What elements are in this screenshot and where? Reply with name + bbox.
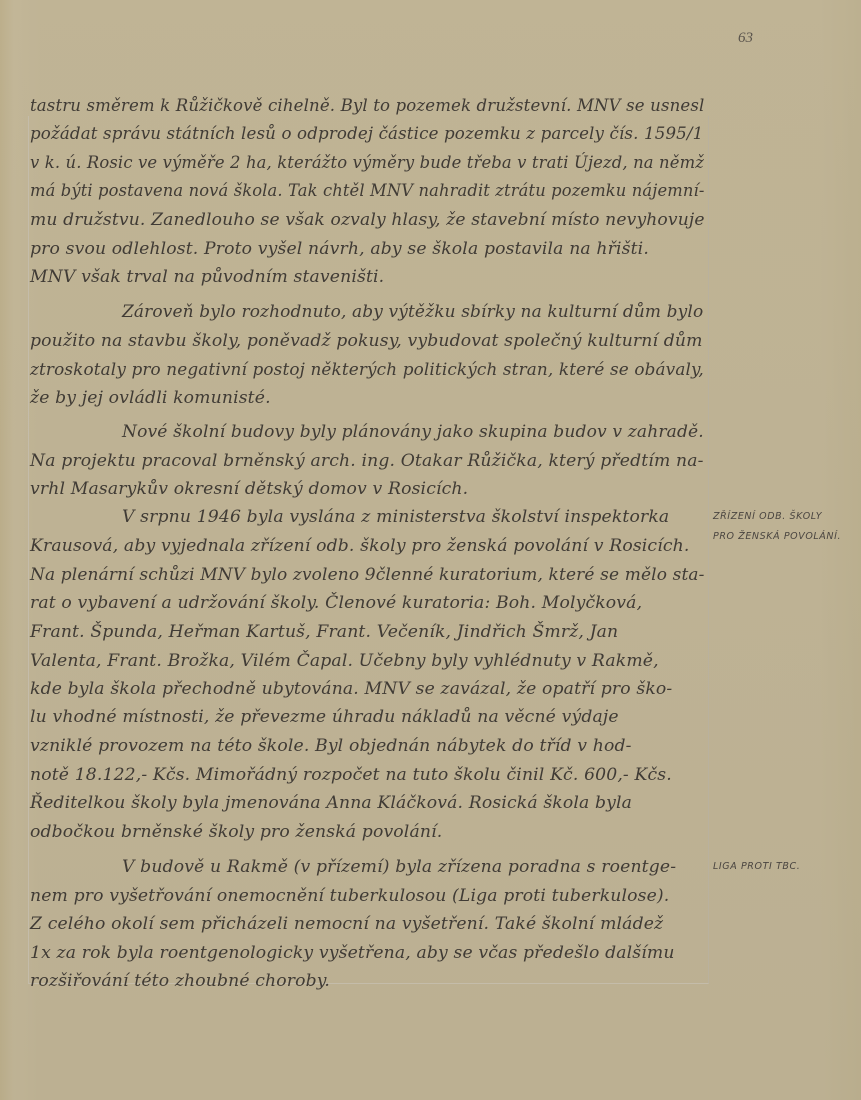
handwritten-line: Frant. Špunda, Heřman Kartuš, Frant. Več… bbox=[30, 622, 618, 642]
handwritten-line: mu družstvu. Zanedlouho se však ozvaly h… bbox=[30, 210, 705, 230]
handwritten-line: rat o vybavení a udržování školy. Členov… bbox=[30, 593, 642, 613]
margin-note-line: ZŘÍZENÍ ODB. ŠKOLY bbox=[713, 509, 841, 525]
handwritten-line: Z celého okolí sem přicházeli nemocní na… bbox=[30, 914, 663, 934]
handwritten-line: Valenta, Frant. Brožka, Vilém Čapal. Uče… bbox=[30, 651, 659, 671]
handwritten-line: V srpnu 1946 byla vyslána z ministerstva… bbox=[122, 507, 669, 527]
handwritten-line: tastru směrem k Růžičkově cihelně. Byl t… bbox=[30, 96, 704, 116]
handwritten-line: nem pro vyšetřování onemocnění tuberkulo… bbox=[30, 886, 669, 906]
margin-note: ZŘÍZENÍ ODB. ŠKOLYPRO ŽENSKÁ POVOLÁNÍ. bbox=[713, 509, 841, 545]
handwritten-line: Zároveň bylo rozhodnuto, aby výtěžku sbí… bbox=[122, 302, 703, 322]
handwritten-line: rozšiřování této zhoubné choroby. bbox=[30, 971, 330, 991]
margin-note-line: LIGA PROTI TBC. bbox=[713, 859, 800, 875]
handwritten-line: V budově u Rakmě (v přízemí) byla zřízen… bbox=[122, 857, 676, 877]
page-number: 63 bbox=[738, 30, 753, 47]
handwritten-line: Nové školní budovy byly plánovány jako s… bbox=[122, 422, 704, 442]
handwritten-line: pro svou odlehlost. Proto vyšel návrh, a… bbox=[30, 239, 649, 259]
handwritten-line: lu vhodné místnosti, že převezme úhradu … bbox=[30, 707, 619, 727]
handwritten-line: Ředitelkou školy byla jmenována Anna Klá… bbox=[30, 793, 632, 813]
handwritten-line: vzniklé provozem na této škole. Byl obje… bbox=[30, 736, 632, 756]
handwritten-line: použito na stavbu školy, poněvadž pokusy… bbox=[30, 331, 703, 351]
handwritten-line: má býti postavena nová škola. Tak chtěl … bbox=[30, 181, 704, 201]
handwritten-line: Na projektu pracoval brněnský arch. ing.… bbox=[30, 451, 704, 471]
handwritten-line: Na plenární schůzi MNV bylo zvoleno 9čle… bbox=[30, 565, 705, 585]
margin-note: LIGA PROTI TBC. bbox=[713, 859, 800, 875]
handwritten-line: odbočkou brněnské školy pro ženská povol… bbox=[30, 822, 442, 842]
handwritten-line: MNV však trval na původním staveništi. bbox=[30, 267, 384, 287]
handwritten-line: že by jej ovládli komunisté. bbox=[30, 388, 271, 408]
handwritten-line: ztroskotaly pro negativní postoj některý… bbox=[30, 360, 704, 380]
handwritten-line: 1x za rok byla roentgenologicky vyšetřen… bbox=[30, 943, 675, 963]
handwritten-line: kde byla škola přechodně ubytována. MNV … bbox=[30, 679, 672, 699]
handwritten-line: v k. ú. Rosic ve výměře 2 ha, kterážto v… bbox=[30, 153, 704, 173]
margin-note-line: PRO ŽENSKÁ POVOLÁNÍ. bbox=[713, 529, 841, 545]
handwritten-line: Krausová, aby vyjednala zřízení odb. ško… bbox=[30, 536, 689, 556]
handwritten-line: vrhl Masarykův okresní dětský domov v Ro… bbox=[30, 479, 468, 499]
handwritten-line: požádat správu státních lesů o odprodej … bbox=[30, 124, 703, 144]
handwritten-line: notě 18.122,- Kčs. Mimořádný rozpočet na… bbox=[30, 765, 672, 785]
